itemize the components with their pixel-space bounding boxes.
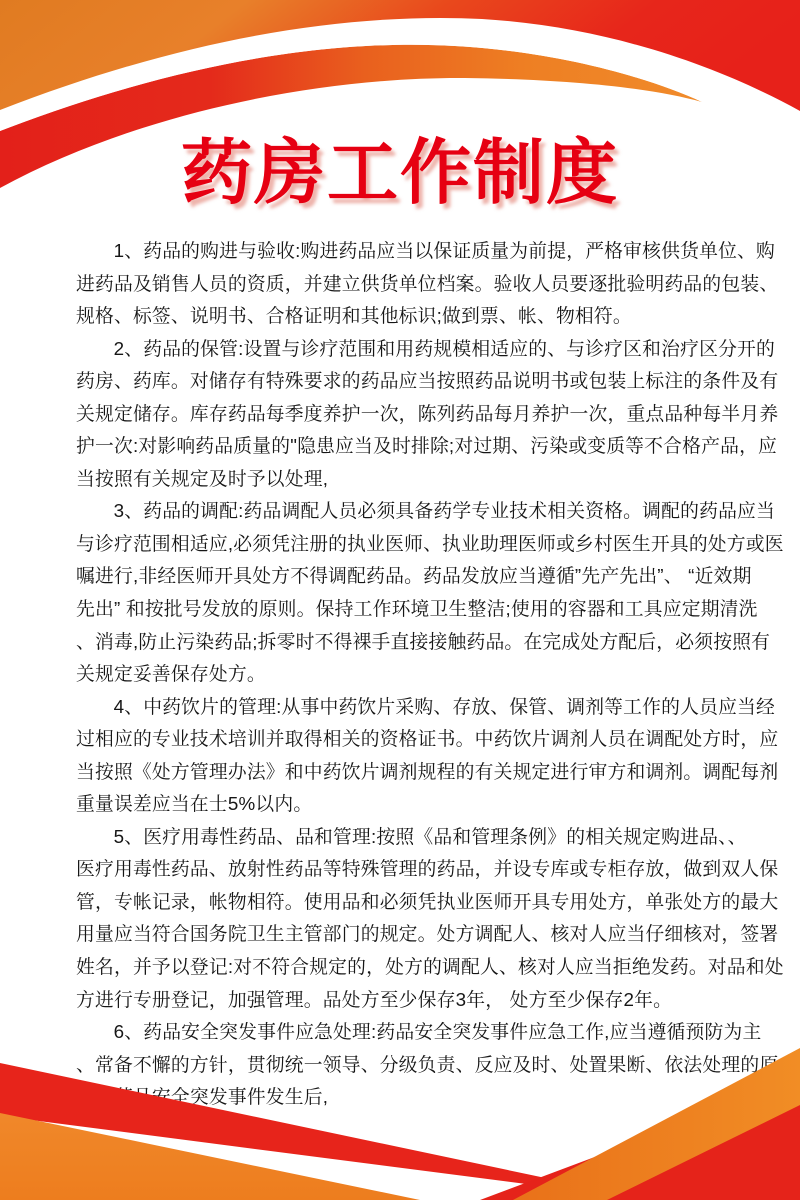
text-line: 护一次:对影响药品质量的"隐患应当及时排除;对过期、污染或变质等不合格产品，应 [76,430,744,463]
text-line: 当按照有关规定及时予以处理, [76,463,744,496]
text-line: 4、中药饮片的管理:从事中药饮片采购、存放、保管、调剂等工作的人员应当经 [76,691,744,724]
text-line: 先出” 和按批号发放的原则。保持工作环境卫生整洁;使用的容器和工具应定期清洗 [76,593,744,626]
text-line: 管，专帐记录，帐物相符。使用品和必须凭执业医师开具专用处方，单张处方的最大 [76,886,744,919]
text-line: 重量误差应当在士5%以内。 [76,788,744,821]
document-body: 1、药品的购进与验收:购进药品应当以保证质量为前提，严格审核供货单位、购 进药品… [76,235,744,1114]
paragraph: 1、药品的购进与验收:购进药品应当以保证质量为前提，严格审核供货单位、购 进药品… [76,235,744,333]
poster-page: 药房工作制度 1、药品的购进与验收:购进药品应当以保证质量为前提，严格审核供货单… [0,0,800,1200]
text-line: 与诊疗范围相适应,必须凭注册的执业医师、执业助理医师或乡村医生开具的处方或医 [76,528,744,561]
text-line: 3、药品的调配:药品调配人员必须具备药学专业技术相关资格。调配的药品应当 [76,495,744,528]
text-line: 过相应的专业技术培训并取得相关的资格证书。中药饮片调剂人员在调配处方时，应 [76,723,744,756]
text-line: 姓名，并予以登记:对不符合规定的，处方的调配人、核对人应当拒绝发药。对品和处 [76,951,744,984]
paragraph: 4、中药饮片的管理:从事中药饮片采购、存放、保管、调剂等工作的人员应当经 过相应… [76,691,744,821]
text-line: 关规定妥善保存处方。 [76,658,744,691]
paragraph: 5、医疗用毒性药品、品和管理:按照《品和管理条例》的相关规定购进品、、 医疗用毒… [76,821,744,1016]
text-line: 5、医疗用毒性药品、品和管理:按照《品和管理条例》的相关规定购进品、、 [76,821,744,854]
text-line: 当按照《处方管理办法》和中药饮片调剂规程的有关规定进行审方和调剂。调配每剂 [76,756,744,789]
text-line: 1、药品的购进与验收:购进药品应当以保证质量为前提，严格审核供货单位、购 [76,235,744,268]
text-line: 2、药品的保管:设置与诊疗范围和用药规模相适应的、与诊疗区和治疗区分开的 [76,333,744,366]
text-line: 关规定储存。库存药品每季度养护一次，陈列药品每月养护一次，重点品种每半月养 [76,398,744,431]
text-line: 、消毒,防止污染药品;拆零时不得裸手直接接触药品。在完成处方配后，必须按照有 [76,626,744,659]
footer-wave-decoration [0,1020,800,1200]
page-title: 药房工作制度 [0,136,800,211]
text-line: 进药品及销售人员的资质，并建立供货单位档案。验收人员要逐批验明药品的包装、 [76,268,744,301]
text-line: 医疗用毒性药品、放射性药品等特殊管理的药品，并设专库或专柜存放，做到双人保 [76,853,744,886]
text-line: 规格、标签、说明书、合格证明和其他标识;做到票、帐、物相符。 [76,300,744,333]
paragraph: 3、药品的调配:药品调配人员必须具备药学专业技术相关资格。调配的药品应当 与诊疗… [76,495,744,690]
text-line: 方进行专册登记，加强管理。品处方至少保存3年， 处方至少保存2年。 [76,984,744,1017]
text-line: 嘱进行,非经医师开具处方不得调配药品。药品发放应当遵循”先产先出”、 “近效期 [76,560,744,593]
text-line: 用量应当符合国务院卫生主管部门的规定。处方调配人、核对人应当仔细核对，签署 [76,918,744,951]
text-line: 药房、药库。对储存有特殊要求的药品应当按照药品说明书或包装上标注的条件及有 [76,365,744,398]
paragraph: 2、药品的保管:设置与诊疗范围和用药规模相适应的、与诊疗区和治疗区分开的 药房、… [76,333,744,496]
